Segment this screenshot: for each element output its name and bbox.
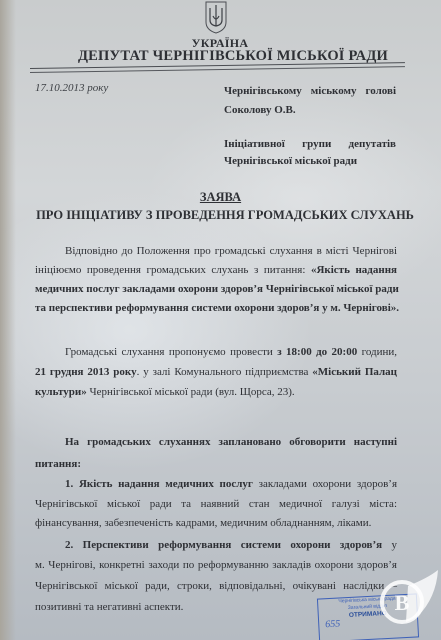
list-item-number: 1. [65,478,73,490]
addressee-to-line1: Чернігівському міському голові [224,85,396,97]
addressee-from-line1: Ініціативної групи депутатів [224,138,396,150]
event-time: з 18:00 до 20:00 [277,346,357,358]
list-item-1-line3: фінансування, забезпеченість кадрами, ме… [35,517,397,529]
document-page: УКРАЇНА ДЕПУТАТ ЧЕРНІГІВСЬКОЇ МІСЬКОЇ РА… [0,0,441,640]
document-title: ЗАЯВА [0,190,441,205]
paragraph3-line2: питання: [35,458,397,470]
list-item-number: 2. [65,539,73,551]
paragraph2-text: . у залі Комунального підприємства [137,366,309,378]
paragraph2-line2: 21 грудня 2013 року. у залі Комунального… [35,366,397,378]
list-item-2-line3: Чернігівської міської ради, строки, відп… [35,580,397,592]
paragraph1-line4: та перспективи реформування системи охор… [35,302,397,314]
list-item-text: у [382,539,397,551]
list-item-2: 2. Перспективи реформування системи охор… [65,539,397,551]
paragraph1-line2: ініціюємо проведення громадських слухань… [35,264,397,276]
paragraph1-line2-bold: «Якість надання [311,264,397,276]
watermark-logo-icon: В [378,568,440,634]
document-subtitle: ПРО ІНІЦІАТИВУ З ПРОВЕДЕННЯ ГРОМАДСЬКИХ … [35,208,415,223]
paragraph1-line1: Відповідно до Положення про громадські с… [65,245,397,257]
trident-emblem-icon [203,0,229,34]
list-item-heading: Перспективи реформування системи охорони… [83,539,382,551]
paragraph2-text: Громадські слухання пропонуємо провести [65,346,273,358]
list-item-1-line2: Чернігівської міської ради та наявний ст… [35,498,397,510]
venue-address: Чернігівської міської ради (вул. Щорса, … [87,386,295,398]
event-date: 21 грудня 2013 року [35,366,137,378]
paragraph2-text: години, [362,346,397,358]
stamp-number: 655 [325,620,340,628]
watermark-letter: В [395,590,410,615]
document-date: 17.10.2013 року [35,82,108,94]
paragraph3-line1: На громадських слуханнях заплановано обг… [65,436,397,448]
paragraph2-line3: культури» Чернігівської міської ради (ву… [35,386,397,398]
venue-name: «Міський Палац [312,366,397,378]
addressee-to-line2: Соколову О.В. [224,104,396,116]
paragraph2-line1: Громадські слухання пропонуємо провести … [65,346,397,358]
list-item-text: закладами охорони здоров’я [253,478,397,490]
list-item-heading: Якість надання медичних послуг [79,478,253,490]
venue-name-end: культури» [35,386,87,398]
list-item-1: 1. Якість надання медичних послуг заклад… [65,478,397,490]
paragraph1-line2-text: ініціюємо проведення громадських слухань… [35,264,305,276]
paragraph1-line3: медичних послуг закладами охорони здоров… [35,283,397,295]
list-item-2-line2: м. Чернігові, конкретні заходи по реформ… [35,559,397,571]
addressee-from-line2: Чернігівської міської ради [224,155,396,167]
